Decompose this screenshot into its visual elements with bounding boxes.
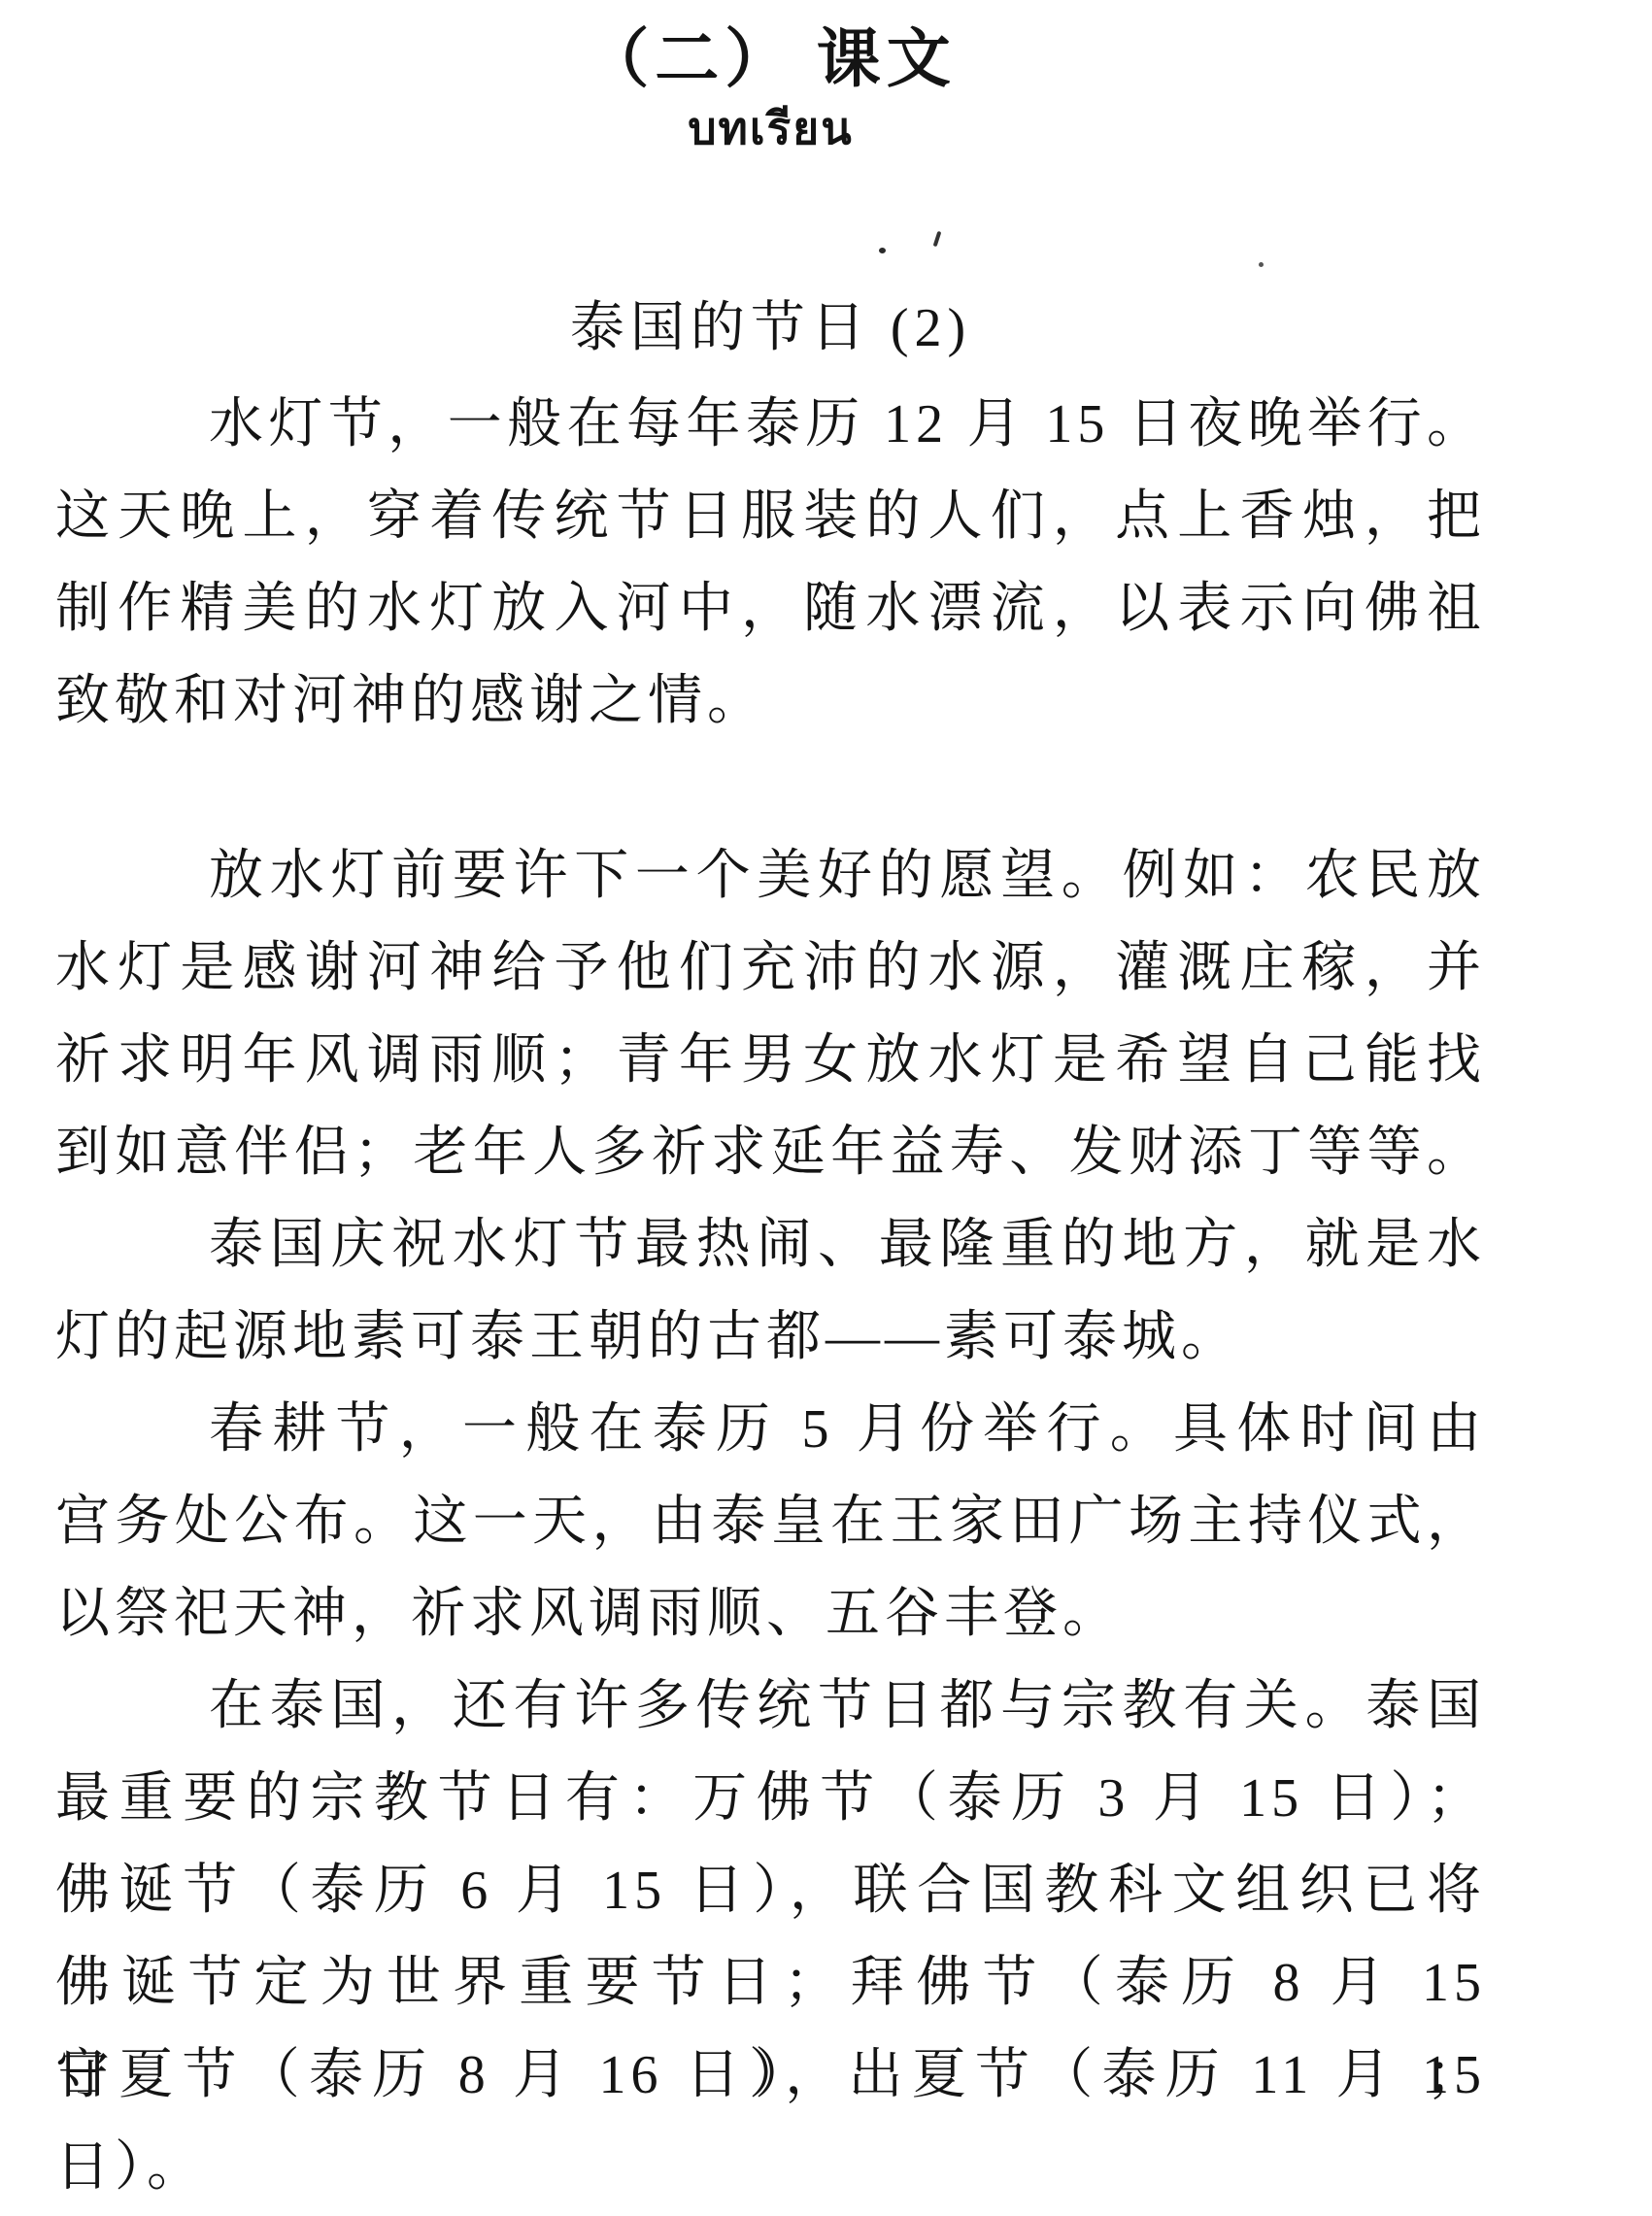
text-column: （二） 课文 บทเรียน 泰国的节日 (2) 水灯节，一般在每年泰历 12 … [55,0,1486,2214]
text-line: 祈求明年风调雨顺；青年男女放水灯是希望自己能找 [55,1015,1486,1107]
paragraph: 在泰国，还有许多传统节日都与宗教有关。泰国最重要的宗教节日有：万佛节（泰历 3 … [55,1661,1486,2214]
text-line: 这天晚上，穿着传统节日服装的人们，点上香烛，把 [55,471,1486,563]
text-line: 以祭祀天神，祈求风调雨顺、五谷丰登。 [55,1568,1486,1661]
text-line: 最重要的宗教节日有：万佛节（泰历 3 月 15 日）； [55,1753,1486,1845]
paragraph: 放水灯前要许下一个美好的愿望。例如：农民放水灯是感谢河神给予他们充沛的水源，灌溉… [55,830,1486,1199]
text-line: 春耕节，一般在泰历 5 月份举行。具体时间由 [55,1384,1486,1476]
text-line: 水灯节，一般在每年泰历 12 月 15 日夜晚举行。 [55,379,1486,471]
text-line: 日）。 [55,2122,1486,2214]
text-line: 佛诞节（泰历 6 月 15 日），联合国教科文组织已将 [55,1845,1486,1937]
text-line: 制作精美的水灯放入河中，随水漂流，以表示向佛祖 [55,563,1486,655]
text-line: 水灯是感谢河神给予他们充沛的水源，灌溉庄稼，并 [55,923,1486,1015]
lesson-title: 泰国的节日 (2) [55,286,1486,370]
text-line: 灯的起源地素可泰王朝的古都——素可泰城。 [55,1292,1486,1384]
chapter-title: （二） 课文 [55,19,1486,101]
text-line: 致敬和对河神的感谢之情。 [55,655,1486,748]
paragraph: 泰国庆祝水灯节最热闹、最隆重的地方，就是水灯的起源地素可泰王朝的古都——素可泰城… [55,1199,1486,1384]
text-line: 到如意伴侣；老年人多祈求延年益寿、发财添丁等等。 [55,1107,1486,1199]
paragraph: 水灯节，一般在每年泰历 12 月 15 日夜晚举行。这天晚上，穿着传统节日服装的… [55,379,1486,748]
text-line: 在泰国，还有许多传统节日都与宗教有关。泰国 [55,1661,1486,1753]
text-line: 放水灯前要许下一个美好的愿望。例如：农民放 [55,830,1486,923]
text-line: 宫务处公布。这一天，由泰皇在王家田广场主持仪式， [55,1476,1486,1568]
text-line: 守夏节（泰历 8 月 16 日），出夏节（泰历 11 月 15 [55,2030,1486,2122]
text-line: 佛诞节定为世界重要节日；拜佛节（泰历 8 月 15 日）； [55,1937,1486,2030]
paragraph: 春耕节，一般在泰历 5 月份举行。具体时间由宫务处公布。这一天，由泰皇在王家田广… [55,1384,1486,1661]
lesson-body: 水灯节，一般在每年泰历 12 月 15 日夜晚举行。这天晚上，穿着传统节日服装的… [55,379,1486,2214]
thai-subtitle: บทเรียน [55,101,1486,157]
textbook-page: （二） 课文 บทเรียน 泰国的节日 (2) 水灯节，一般在每年泰历 12 … [0,0,1652,2216]
text-line: 泰国庆祝水灯节最热闹、最隆重的地方，就是水 [55,1199,1486,1292]
